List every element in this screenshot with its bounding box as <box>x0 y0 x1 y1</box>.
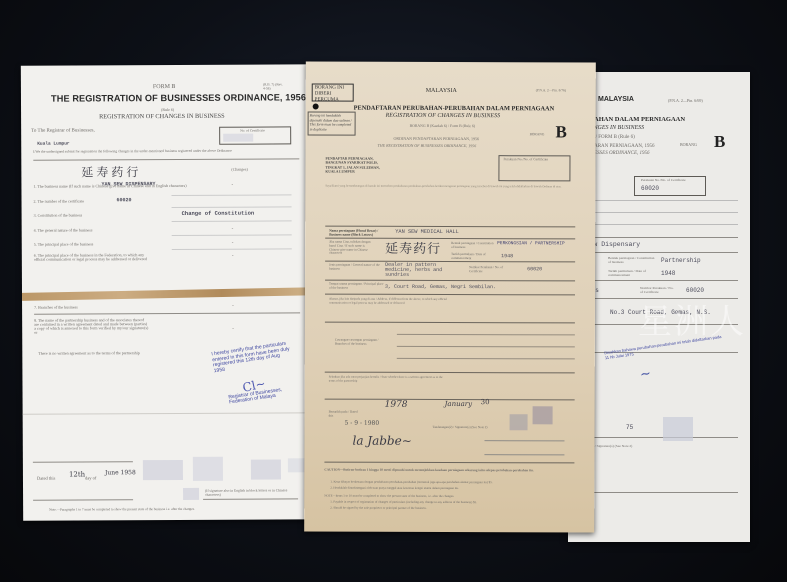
right-commencement: 1948 <box>661 270 675 277</box>
middle-constitution: PERKONGSIAN / PARTNERSHIP <box>497 241 565 246</box>
left-item-2: 2. The number of the certificate <box>34 198 85 203</box>
middle-row-9-label: Cawangan-cawangan perniagaan / Branches … <box>335 338 385 346</box>
middle-borang-label: BORANG <box>530 132 545 136</box>
middle-business-name: YAN SEW MEDICAL HALL <box>395 229 459 235</box>
middle-title-ms: PENDAFTARAN PERUBAHAN-PERUBAHAN DALAM PE… <box>354 105 555 113</box>
middle-ordinance-en: THE REGISTRATION OF BUSINESSES ORDINANCE… <box>378 143 477 148</box>
dated-month: June 1958 <box>105 469 136 476</box>
right-cert-value: 60020 <box>641 185 659 192</box>
right-signature: ~ <box>639 366 652 383</box>
redaction-blur <box>510 414 528 430</box>
middle-ordinance-ms: ORDINAN PENDAFTARAN PERNIAGAAN, 1956 <box>394 136 479 141</box>
fold-stain <box>22 287 322 301</box>
changes-column-header: (Changes) <box>231 167 247 172</box>
middle-signature: la Jabbe~ <box>352 434 411 448</box>
middle-chinese-name: 延寿药行 <box>385 238 441 257</box>
middle-principal-place: 3, Court Road, Gemas, Negri Sembilan. <box>385 284 496 290</box>
left-item-6: 6. The principal place of the business i… <box>34 253 149 262</box>
footer-note: Note.—Paragraphs 1 to 7 must be complete… <box>49 507 195 512</box>
middle-row-2-label: Jika nama Cina, tuliskan dengan huruf Ci… <box>329 241 375 256</box>
right-country: MALAYSIA <box>598 96 634 103</box>
dated-day: 12th <box>69 470 85 478</box>
left-item-5: 5. The principal place of the business <box>34 241 94 246</box>
middle-dated-label: Bertarikh pada / Dated this <box>329 410 359 418</box>
caution-text: CAUTION—Butiran-butiran 1 hingga 10 mest… <box>324 468 574 473</box>
left-cert-box: No. of Certificate <box>219 126 291 144</box>
right-constitution: Partnership <box>661 257 701 264</box>
duplicate-note-box: Borang ini hendaklah dipenuhi dalam dua … <box>308 112 356 136</box>
left-to: To The Registrar of Businesses, <box>31 128 95 133</box>
middle-signature-label: Tandatangan(2) / Signature(s) (See Note … <box>433 425 493 429</box>
middle-country: MALAYSIA <box>426 88 457 94</box>
middle-row-8-label: Alamat, jika lain daripada yang di atas … <box>329 298 449 306</box>
redaction-blur <box>663 417 693 441</box>
registrar-address: PENDAFTAR PERNIAGAAN, BANGUNAN SYARIKAT … <box>325 157 385 174</box>
right-borang-letter: B <box>714 132 725 152</box>
left-ref: (R.B. 7) (Rev. 4-58) <box>263 82 283 90</box>
left-form-label: FORM B <box>153 84 176 90</box>
certify-stamp: I hereby certify that the particulars en… <box>211 341 293 374</box>
middle-form-sheet: BORANG INI DIBERI PERCUMA MALAYSIA (P.N.… <box>304 61 596 532</box>
left-subtitle: REGISTRATION OF CHANGES IN BUSINESS <box>99 113 225 121</box>
left-location: Kuala Lumpur <box>37 142 69 147</box>
right-cert-box: Perakuan No./No. of Certificate 60020 <box>634 176 706 196</box>
middle-row-10-label: Sebutkan jika ada surat perjanjian bertu… <box>329 376 449 384</box>
left-intro: I/We the undersigned submit for registra… <box>33 148 299 153</box>
right-borang-label: BORANG <box>680 142 697 147</box>
middle-row-7-label: Tempat utama perniagaan / Principal plac… <box>329 282 385 290</box>
middle-stamp-date: 5 - 9 - 1980 <box>345 420 380 427</box>
right-dated-year: 75 <box>626 424 633 431</box>
sign-note: (If signature also in English in block l… <box>205 488 295 496</box>
dated-label: Dated this <box>37 476 55 481</box>
left-item-7: 7. Branches of the business <box>34 305 78 310</box>
middle-dated-day: 30 <box>481 398 490 406</box>
left-item-4: 4. The general nature of the business <box>34 227 93 232</box>
left-no-agreement: There is no written agreement as to the … <box>38 351 148 356</box>
middle-nature: Dealer in pattern medicine, herbs and su… <box>385 263 463 278</box>
middle-rule: BORANG B (Kaedah 6) / Form B (Rule 6) <box>410 124 476 128</box>
left-item-8: 8. The name of the partnership business … <box>34 318 149 335</box>
left-rule: (Rule 6) <box>161 107 174 112</box>
middle-ref: (P.N.A. 2—Pin. 8/76) <box>536 88 566 92</box>
left-title: THE REGISTRATION OF BUSINESSES ORDINANCE… <box>51 92 306 103</box>
middle-intro: Saya/Kami yang bertandatangan di bawah i… <box>325 184 565 189</box>
left-item-2-value: 60020 <box>117 197 132 203</box>
middle-borang-letter: B <box>556 122 567 142</box>
middle-row-1-label: Nama perniagaan (Huruf Besar) / Business… <box>329 229 379 237</box>
left-item-3-change: Change of Constitution <box>182 210 255 217</box>
punch-hole <box>313 104 319 110</box>
left-chinese-name: 延寿药行 <box>81 163 141 180</box>
registrar-stamp: Registrar of Businesses, Federation of M… <box>228 386 299 406</box>
middle-title-en: REGISTRATION OF CHANGES IN BUSINESS <box>386 113 500 119</box>
middle-dated-month: January <box>445 400 473 408</box>
right-ref: (P.N.A. 2—Pin. 6/69) <box>668 98 703 103</box>
left-item-3: 3. Constitution of the business <box>34 212 83 217</box>
middle-commencement: 1948 <box>501 253 513 259</box>
middle-cert-no: 60020 <box>527 266 542 272</box>
watermark: 星洲人 <box>638 294 746 343</box>
middle-cert-box: Perakuan No./No. of Certificate <box>498 155 570 181</box>
free-form-box: BORANG INI DIBERI PERCUMA <box>312 84 354 102</box>
middle-dated-year: 1978 <box>385 400 408 410</box>
redaction-blur <box>143 460 183 480</box>
left-item-1-value: YAN SEW DISPENSARY <box>101 181 155 187</box>
middle-row-5-label: Jenis perniagaan / General nature of the… <box>329 264 381 272</box>
right-cert-no: 60020 <box>686 287 704 294</box>
left-form-sheet: FORM B (R.B. 7) (Rev. 4-58) THE REGISTRA… <box>21 64 326 521</box>
